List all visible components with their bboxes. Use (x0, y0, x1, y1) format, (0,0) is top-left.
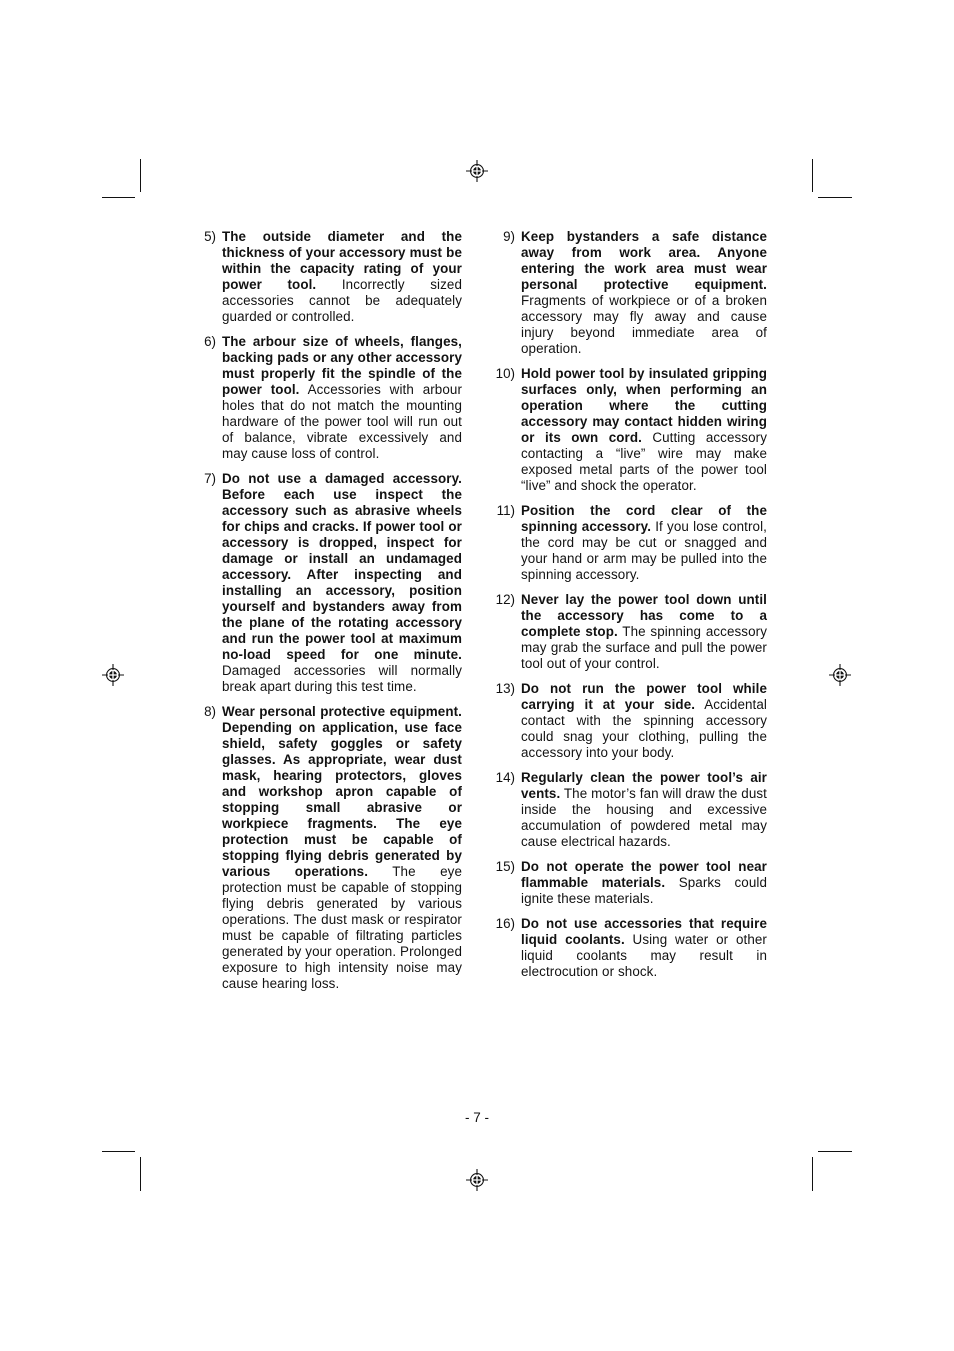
item-number: 8) (197, 704, 216, 720)
item-text-regular: Damaged accessories will normally break … (222, 663, 462, 694)
item-text: Do not use accessories that require liqu… (521, 916, 767, 980)
list-item: 8)Wear personal protective equipment. De… (197, 704, 462, 992)
right-column: 9)Keep bystanders a safe distance away f… (488, 229, 767, 989)
list-item: 7)Do not use a damaged accessory. Before… (197, 471, 462, 695)
page-number: - 7 - (0, 1110, 954, 1125)
item-text-bold: Wear personal protective equipment. Depe… (222, 704, 462, 879)
list-item: 12)Never lay the power tool down until t… (488, 592, 767, 672)
crop-mark-top-right-vertical (812, 159, 813, 192)
list-item: 13)Do not run the power tool while carry… (488, 681, 767, 761)
crop-mark-top-left-vertical (140, 159, 141, 192)
crop-mark-top-right-horizontal (818, 197, 852, 198)
registration-mark-icon (466, 1169, 488, 1191)
item-number: 7) (197, 471, 216, 487)
item-number: 13) (488, 681, 515, 697)
document-page: 5)The outside diameter and the thickness… (0, 0, 954, 1351)
item-text-bold: Do not use a damaged accessory. Before e… (222, 471, 462, 662)
crop-mark-bottom-right-horizontal (818, 1151, 852, 1152)
item-number: 6) (197, 334, 216, 350)
list-item: 16)Do not use accessories that require l… (488, 916, 767, 980)
item-text: Do not use a damaged accessory. Before e… (222, 471, 462, 695)
item-text: Never lay the power tool down until the … (521, 592, 767, 672)
list-item: 15)Do not operate the power tool near fl… (488, 859, 767, 907)
item-text: Position the cord clear of the spinning … (521, 503, 767, 583)
item-text: Keep bystanders a safe distance away fro… (521, 229, 767, 357)
item-number: 16) (488, 916, 515, 932)
item-text: Wear personal protective equipment. Depe… (222, 704, 462, 992)
item-number: 9) (488, 229, 515, 245)
item-text-regular: Fragments of workpiece or of a broken ac… (521, 293, 767, 356)
item-text: The outside diameter and the thickness o… (222, 229, 462, 325)
list-item: 10)Hold power tool by insulated gripping… (488, 366, 767, 494)
item-text: Do not operate the power tool near flamm… (521, 859, 767, 907)
item-number: 14) (488, 770, 515, 786)
crop-mark-bottom-right-vertical (812, 1157, 813, 1191)
item-number: 10) (488, 366, 515, 382)
list-item: 14)Regularly clean the power tool’s air … (488, 770, 767, 850)
registration-mark-icon (102, 664, 124, 686)
left-column: 5)The outside diameter and the thickness… (197, 229, 462, 1001)
list-item: 9)Keep bystanders a safe distance away f… (488, 229, 767, 357)
item-number: 5) (197, 229, 216, 245)
crop-mark-bottom-left-horizontal (102, 1151, 135, 1152)
item-number: 11) (488, 503, 515, 519)
crop-mark-bottom-left-vertical (140, 1157, 141, 1191)
item-text: Regularly clean the power tool’s air ven… (521, 770, 767, 850)
item-text-bold: Keep bystanders a safe distance away fro… (521, 229, 767, 292)
list-item: 6)The arbour size of wheels, flanges, ba… (197, 334, 462, 462)
item-number: 12) (488, 592, 515, 608)
item-number: 15) (488, 859, 515, 875)
item-text: Hold power tool by insulated gripping su… (521, 366, 767, 494)
registration-mark-icon (829, 664, 851, 686)
item-text: Do not run the power tool while carrying… (521, 681, 767, 761)
list-item: 5)The outside diameter and the thickness… (197, 229, 462, 325)
list-item: 11)Position the cord clear of the spinni… (488, 503, 767, 583)
crop-mark-top-left-horizontal (102, 197, 135, 198)
item-text-regular: The eye protection must be capable of st… (222, 864, 462, 991)
item-text: The arbour size of wheels, flanges, back… (222, 334, 462, 462)
registration-mark-icon (466, 160, 488, 182)
